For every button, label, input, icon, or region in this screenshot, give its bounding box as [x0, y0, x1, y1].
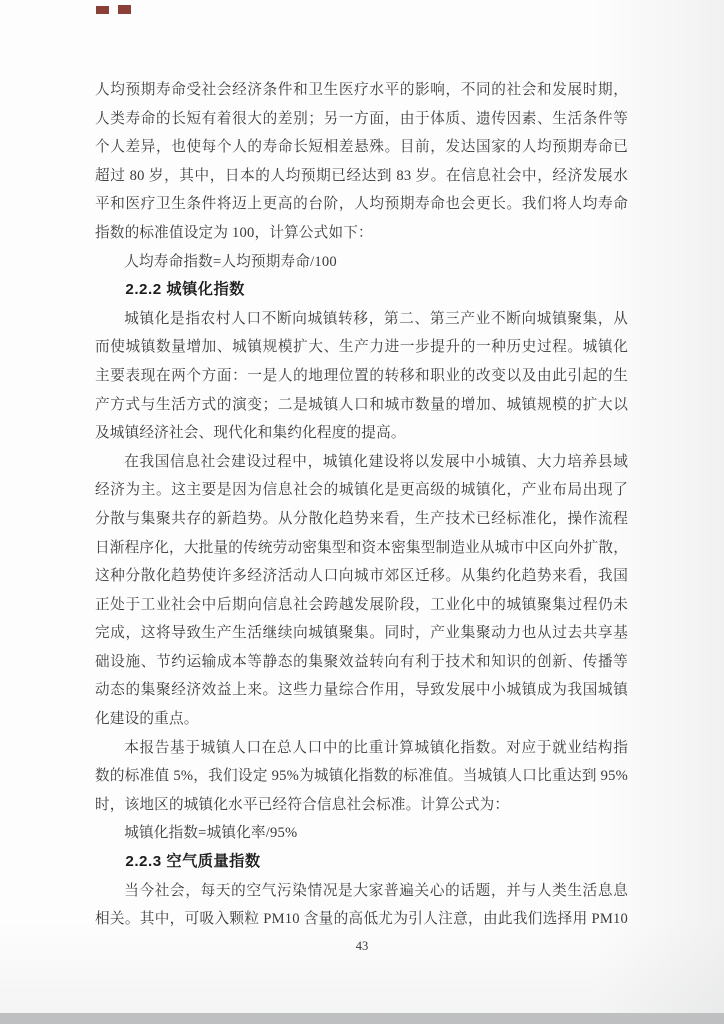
text-line: 2.2.2 城镇化指数 [95, 276, 628, 305]
document-body: 人均预期寿命受社会经济条件和卫生医疗水平的影响，不同的社会和发展时期，人类寿命的… [95, 76, 628, 934]
text-line: 个人差异，也使每个人的寿命长短相差悬殊。目前，发达国家的人均预期寿命已 [95, 133, 628, 162]
text-line: 日渐程序化，大批量的传统劳动密集型和资本密集型制造业从城市中区向外扩散， [95, 534, 628, 563]
text-line: 城镇化是指农村人口不断向城镇转移，第二、第三产业不断向城镇聚集，从 [95, 305, 628, 334]
paragraph: 当今社会，每天的空气污染情况是大家普遍关心的话题，并与人类生活息息相关。其中，可… [95, 877, 628, 934]
text-line: 主要表现在两个方面：一是人的地理位置的转移和职业的改变以及由此引起的生 [95, 362, 628, 391]
text-line: 正处于工业社会中后期向信息社会跨越发展阶段，工业化中的城镇聚集过程仍未 [95, 591, 628, 620]
scan-mark [118, 5, 131, 14]
text-line: 动态的集聚经济效益上来。这些力量综合作用，导致发展中小城镇成为我国城镇 [95, 676, 628, 705]
formula-line: 人均寿命指数=人均预期寿命/100 [95, 248, 628, 277]
text-line: 超过 80 岁，其中，日本的人均预期已经达到 83 岁。在信息社会中，经济发展水 [95, 162, 628, 191]
text-line: 数的标准值 5%，我们设定 95%为城镇化指数的标准值。当城镇人口比重达到 95… [95, 762, 628, 791]
text-line: 产方式与生活方式的演变；二是城镇人口和城市数量的增加、城镇规模的扩大以 [95, 391, 628, 420]
text-line: 相关。其中，可吸入颗粒 PM10 含量的高低尤为引人注意，由此我们选择用 PM1… [95, 905, 628, 934]
text-line: 分散与集聚共存的新趋势。从分散化趋势来看，生产技术已经标准化，操作流程 [95, 505, 628, 534]
text-line: 础设施、节约运输成本等静态的集聚效益转向有利于技术和知识的创新、传播等 [95, 648, 628, 677]
section-heading: 2.2.2 城镇化指数 [95, 276, 628, 305]
formula-line: 城镇化指数=城镇化率/95% [95, 819, 628, 848]
text-line: 完成，这将导致生产生活继续向城镇聚集。同时，产业集聚动力也从过去共享基 [95, 619, 628, 648]
text-line: 指数的标准值设定为 100，计算公式如下： [95, 219, 628, 248]
text-line: 本报告基于城镇人口在总人口中的比重计算城镇化指数。对应于就业结构指 [95, 734, 628, 763]
page-number: 43 [0, 935, 724, 957]
text-line: 经济为主。这主要是因为信息社会的城镇化是更高级的城镇化，产业布局出现了 [95, 476, 628, 505]
text-line: 这种分散化趋势使许多经济活动人口向城市郊区迁移。从集约化趋势来看，我国 [95, 562, 628, 591]
scan-edge-bar [0, 1013, 724, 1024]
scan-mark [96, 6, 109, 14]
text-line: 2.2.3 空气质量指数 [95, 848, 628, 877]
section-heading: 2.2.3 空气质量指数 [95, 848, 628, 877]
paragraph: 人均预期寿命受社会经济条件和卫生医疗水平的影响，不同的社会和发展时期，人类寿命的… [95, 76, 628, 248]
text-line: 人均预期寿命受社会经济条件和卫生医疗水平的影响，不同的社会和发展时期， [95, 76, 628, 105]
text-line: 化建设的重点。 [95, 705, 628, 734]
text-line: 平和医疗卫生条件将迈上更高的台阶，人均预期寿命也会更长。我们将人均寿命 [95, 190, 628, 219]
paragraph: 在我国信息社会建设过程中，城镇化建设将以发展中小城镇、大力培养县域经济为主。这主… [95, 448, 628, 734]
text-line: 当今社会，每天的空气污染情况是大家普遍关心的话题，并与人类生活息息 [95, 877, 628, 906]
paragraph: 城镇化是指农村人口不断向城镇转移，第二、第三产业不断向城镇聚集，从而使城镇数量增… [95, 305, 628, 448]
text-line: 人均寿命指数=人均预期寿命/100 [95, 248, 628, 277]
document-page: 人均预期寿命受社会经济条件和卫生医疗水平的影响，不同的社会和发展时期，人类寿命的… [0, 0, 724, 1024]
paragraph: 本报告基于城镇人口在总人口中的比重计算城镇化指数。对应于就业结构指数的标准值 5… [95, 734, 628, 820]
text-line: 城镇化指数=城镇化率/95% [95, 819, 628, 848]
text-line: 在我国信息社会建设过程中，城镇化建设将以发展中小城镇、大力培养县域 [95, 448, 628, 477]
text-line: 时，该地区的城镇化水平已经符合信息社会标准。计算公式为： [95, 791, 628, 820]
text-line: 及城镇经济社会、现代化和集约化程度的提高。 [95, 419, 628, 448]
text-line: 人类寿命的长短有着很大的差别；另一方面，由于体质、遗传因素、生活条件等 [95, 105, 628, 134]
text-line: 而使城镇数量增加、城镇规模扩大、生产力进一步提升的一种历史过程。城镇化 [95, 333, 628, 362]
